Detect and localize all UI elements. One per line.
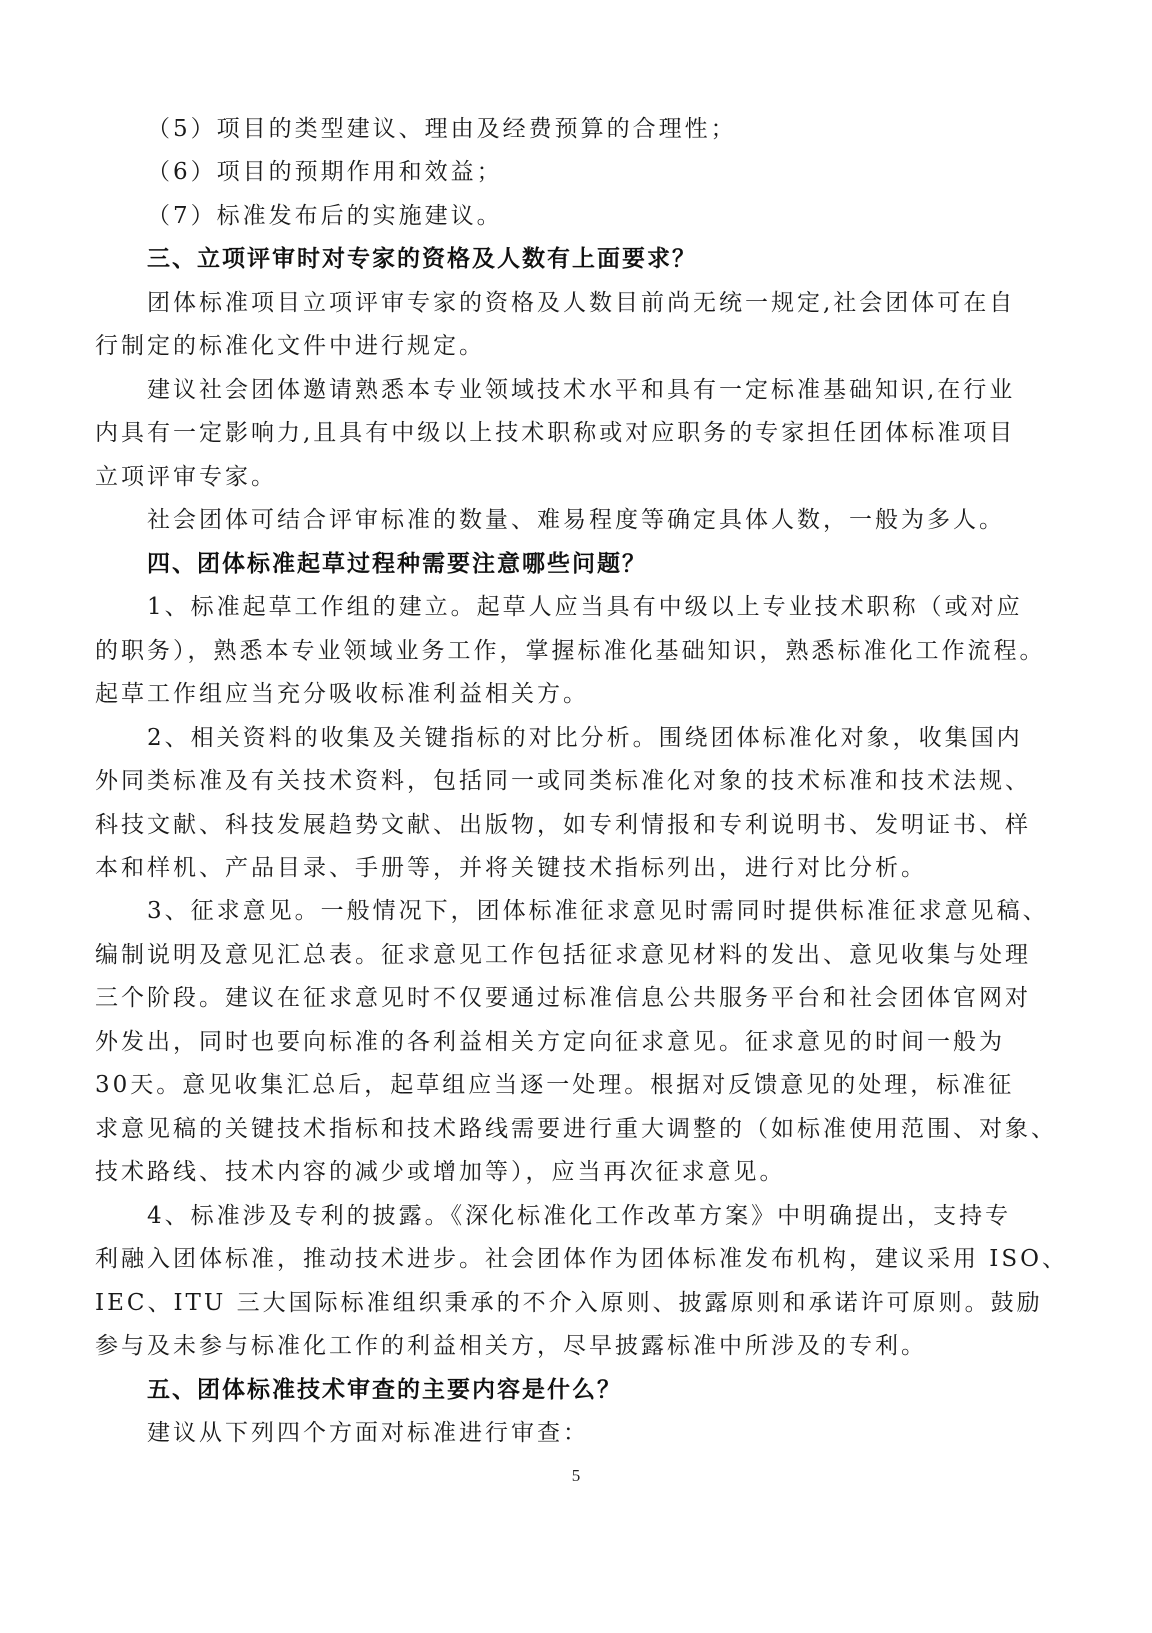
paragraph-line: 技术路线、技术内容的减少或增加等），应当再次征求意见。 [95,1151,1035,1194]
paragraph-line: 的职务），熟悉本专业领域业务工作，掌握标准化基础知识，熟悉标准化工作流程。 [95,630,1035,673]
paragraph-line: 立项评审专家。 [95,456,1035,499]
paragraph-line: 科技文献、科技发展趋势文献、出版物，如专利情报和专利说明书、发明证书、样 [95,804,1035,847]
paragraph-line: 利融入团体标准，推动技术进步。社会团体作为团体标准发布机构，建议采用 ISO、 [95,1238,1035,1281]
list-item-5: （5）项目的类型建议、理由及经费预算的合理性； [95,108,1035,151]
paragraph-line: 内具有一定影响力,且具有中级以上技术职称或对应职务的专家担任团体标准项目 [95,412,1035,455]
paragraph-line: 参与及未参与标准化工作的利益相关方，尽早披露标准中所涉及的专利。 [95,1325,1035,1368]
paragraph-line: 外同类标准及有关技术资料，包括同一或同类标准化对象的技术标准和技术法规、 [95,760,1035,803]
paragraph-line: 建议从下列四个方面对标准进行审查： [95,1412,1035,1455]
paragraph-line: 编制说明及意见汇总表。征求意见工作包括征求意见材料的发出、意见收集与处理 [95,934,1035,977]
paragraph-line: 4、标准涉及专利的披露。《深化标准化工作改革方案》中明确提出，支持专 [95,1195,1035,1238]
paragraph-line: 30天。意见收集汇总后，起草组应当逐一处理。根据对反馈意见的处理，标准征 [95,1064,1035,1107]
section-heading-5: 五、团体标准技术审查的主要内容是什么？ [95,1369,1035,1412]
list-item-6: （6）项目的预期作用和效益； [95,151,1035,194]
paragraph-line: 起草工作组应当充分吸收标准利益相关方。 [95,673,1035,716]
paragraph-line: IEC、ITU 三大国际标准组织秉承的不介入原则、披露原则和承诺许可原则。鼓励 [95,1282,1035,1325]
paragraph-line: 三个阶段。建议在征求意见时不仅要通过标准信息公共服务平台和社会团体官网对 [95,977,1035,1020]
section-heading-4: 四、团体标准起草过程种需要注意哪些问题？ [95,543,1035,586]
list-item-7: （7）标准发布后的实施建议。 [95,195,1035,238]
paragraph-line: 求意见稿的关键技术指标和技术路线需要进行重大调整的（如标准使用范围、对象、 [95,1108,1035,1151]
paragraph-line: 社会团体可结合评审标准的数量、难易程度等确定具体人数，一般为多人。 [95,499,1035,542]
paragraph-line: 1、标准起草工作组的建立。起草人应当具有中级以上专业技术职称（或对应 [95,586,1035,629]
page-number: 5 [0,1466,1152,1486]
paragraph-line: 2、相关资料的收集及关键指标的对比分析。围绕团体标准化对象，收集国内 [95,717,1035,760]
paragraph-line: 3、征求意见。一般情况下，团体标准征求意见时需同时提供标准征求意见稿、 [95,890,1035,933]
section-heading-3: 三、立项评审时对专家的资格及人数有上面要求？ [95,238,1035,281]
paragraph-line: 团体标准项目立项评审专家的资格及人数目前尚无统一规定,社会团体可在自 [95,282,1035,325]
paragraph-line: 外发出，同时也要向标准的各利益相关方定向征求意见。征求意见的时间一般为 [95,1021,1035,1064]
document-page: （5）项目的类型建议、理由及经费预算的合理性； （6）项目的预期作用和效益； （… [95,108,1035,1456]
paragraph-line: 本和样机、产品目录、手册等，并将关键技术指标列出，进行对比分析。 [95,847,1035,890]
paragraph-line: 建议社会团体邀请熟悉本专业领域技术水平和具有一定标准基础知识,在行业 [95,369,1035,412]
paragraph-line: 行制定的标准化文件中进行规定。 [95,325,1035,368]
